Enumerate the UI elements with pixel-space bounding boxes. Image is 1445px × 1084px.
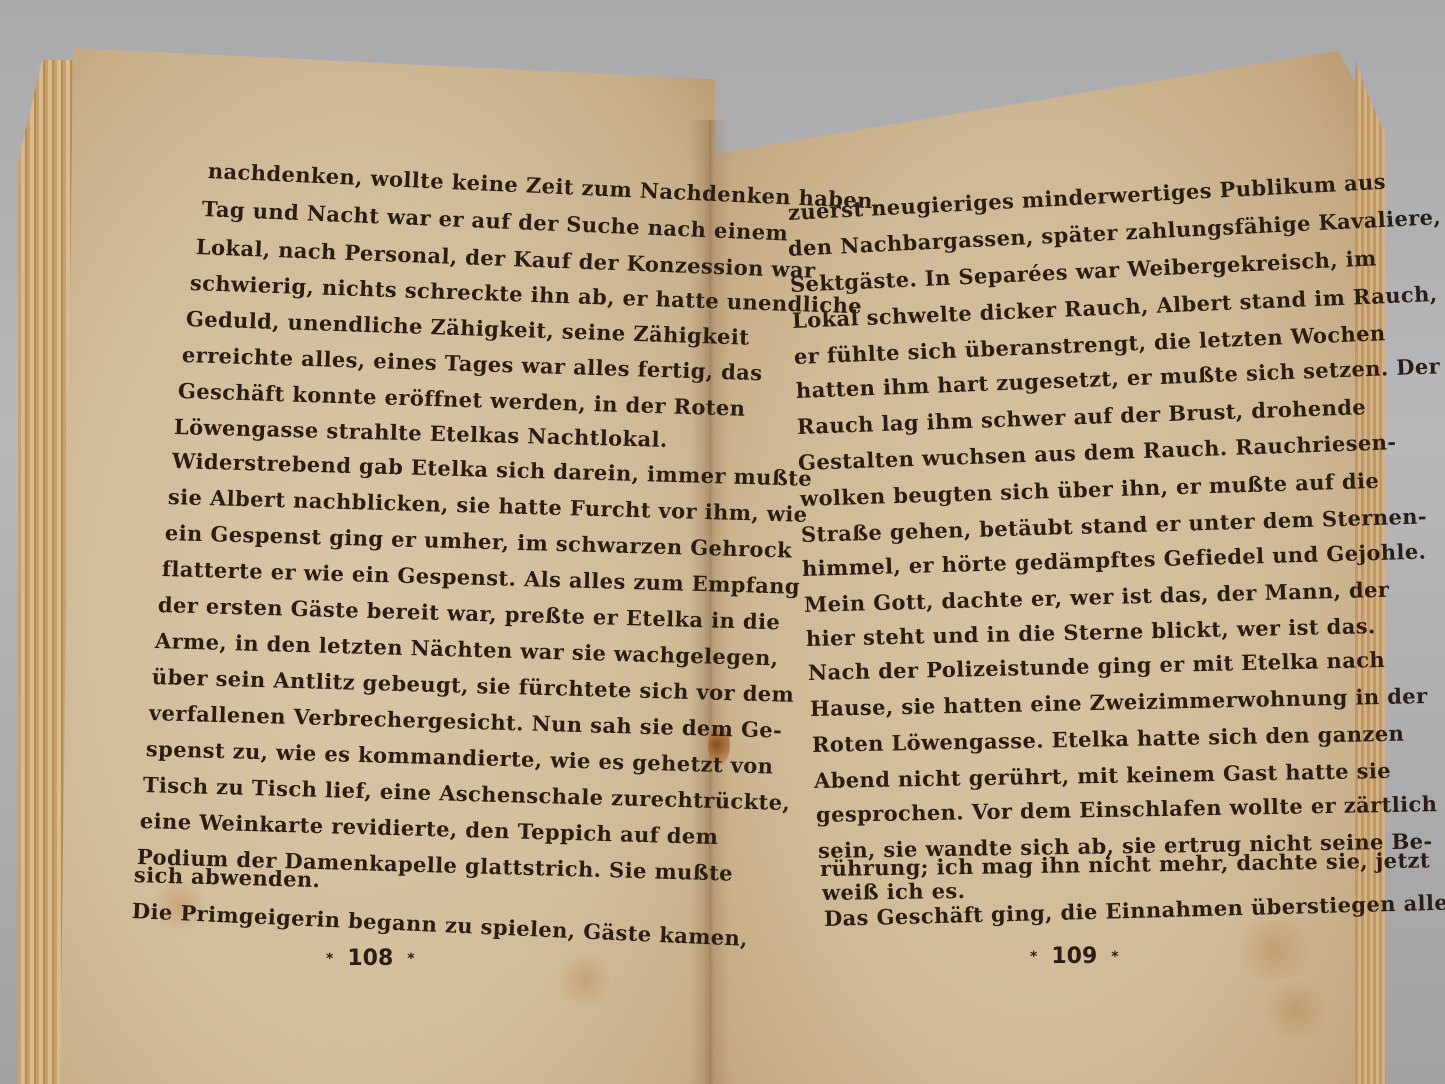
- page-number-right: *109*: [1016, 944, 1133, 969]
- right-page-edges: [1355, 50, 1385, 1084]
- foxing-spot: [1260, 980, 1330, 1040]
- open-book: nachdenken, wollte keine Zeit zum Nachde…: [0, 0, 1445, 1084]
- ornament-star: *: [1097, 949, 1132, 965]
- ornament-star: *: [312, 951, 347, 967]
- text-line: weiß ich es.: [822, 878, 966, 905]
- page-number-left: *108*: [312, 946, 429, 971]
- ornament-star: *: [393, 951, 428, 967]
- foxing-spot: [560, 950, 610, 1010]
- page-number-value: 109: [1051, 944, 1097, 969]
- text-line: sich abwenden.: [134, 862, 321, 892]
- page-number-value: 108: [347, 946, 393, 971]
- foxing-spot: [1230, 920, 1320, 980]
- ornament-star: *: [1016, 949, 1051, 965]
